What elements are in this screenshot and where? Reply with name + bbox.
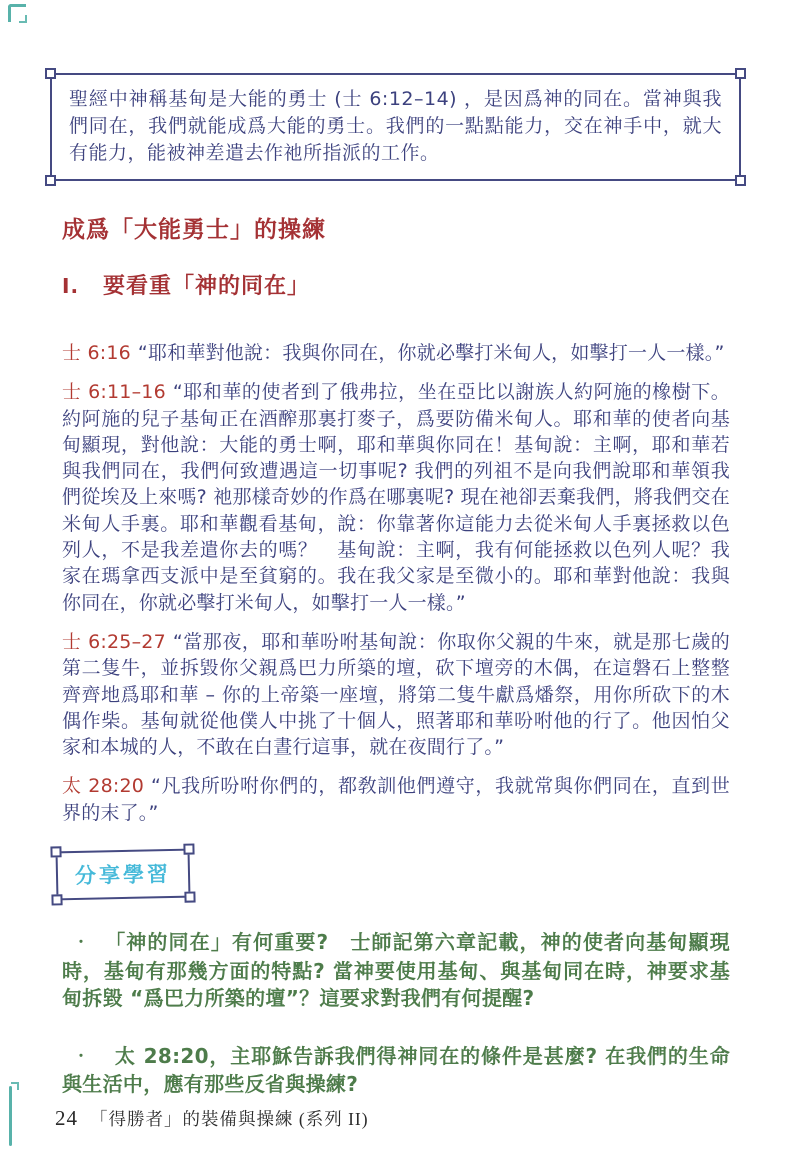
verse-reference: 太 28:20 — [62, 775, 144, 797]
section-number: I. — [62, 273, 79, 300]
intro-summary-box: 聖經中神稱基甸是大能的勇士 (士 6:12–14) ，是因爲神的同在。當神與我們… — [50, 73, 741, 181]
bullet-icon: ・ — [74, 935, 89, 951]
frame-corner-ornament — [183, 844, 194, 855]
document-page: 聖經中神稱基甸是大能的勇士 (士 6:12–14) ，是因爲神的同在。當神與我們… — [0, 0, 790, 1170]
verse-text: “耶和華對他說：我與你同在，你就必擊打米甸人，如擊打一人一樣。” — [138, 342, 725, 364]
frame-corner-ornament — [735, 68, 746, 79]
question-text: 「神的同在」有何重要? 士師記第六章記載，神的使者向基甸顯現時，基甸有那幾方面的… — [62, 930, 730, 1010]
intro-summary-text: 聖經中神稱基甸是大能的勇士 (士 6:12–14) ，是因爲神的同在。當神與我們… — [69, 86, 722, 167]
page-side-ornament-icon — [9, 1086, 12, 1146]
verse-text: “凡我所吩咐你們的，都敎訓他們遵守，我就常與你們同在，直到世界的末了。” — [62, 775, 730, 823]
frame-corner-ornament — [184, 892, 195, 903]
share-learning-badge-row: 分享學習 — [56, 850, 730, 899]
scripture-passage: 士 6:11–16“耶和華的使者到了俄弗拉，坐在亞比以謝族人約阿施的橡樹下。約阿… — [62, 379, 730, 616]
section-title: 要看重「神的同在」 — [103, 273, 310, 300]
bullet-icon: ・ — [74, 1049, 89, 1065]
scripture-passage: 士 6:16“耶和華對他說：我與你同在，你就必擊打米甸人，如擊打一人一樣。” — [62, 340, 730, 366]
main-heading: 成爲「大能勇士」的操練 — [62, 216, 730, 244]
share-learning-label: 分享學習 — [75, 862, 171, 888]
discussion-question: ・太 28:20，主耶穌告訴我們得神同在的條件是甚麼? 在我們的生命與生活中，應… — [62, 1043, 730, 1099]
scripture-passage: 士 6:25–27“當那夜，耶和華吩咐基甸說：你取你父親的牛來，就是那七歲的第二… — [62, 629, 730, 760]
frame-corner-ornament — [45, 175, 56, 186]
frame-corner-ornament — [50, 846, 61, 857]
scripture-passage: 太 28:20“凡我所吩咐你們的，都敎訓他們遵守，我就常與你們同在，直到世界的末… — [62, 773, 730, 826]
section-heading: I. 要看重「神的同在」 — [62, 273, 730, 300]
book-title: 「得勝者」的裝備與操練 (系列 II) — [90, 1106, 369, 1131]
frame-corner-ornament — [51, 894, 62, 905]
verse-reference: 士 6:25–27 — [62, 631, 166, 653]
page-footer: 24 「得勝者」的裝備與操練 (系列 II) — [55, 1106, 369, 1131]
share-learning-badge: 分享學習 — [56, 849, 191, 901]
frame-corner-ornament — [735, 175, 746, 186]
verse-reference: 士 6:16 — [62, 342, 131, 364]
page-corner-ornament-icon — [8, 4, 26, 22]
verse-reference: 士 6:11–16 — [62, 381, 166, 403]
verse-text: “耶和華的使者到了俄弗拉，坐在亞比以謝族人約阿施的橡樹下。約阿施的兒子基甸正在酒… — [62, 381, 730, 613]
question-text: 太 28:20，主耶穌告訴我們得神同在的條件是甚麼? 在我們的生命與生活中，應有… — [62, 1044, 730, 1097]
page-number: 24 — [55, 1106, 78, 1131]
page-content: 聖經中神稱基甸是大能的勇士 (士 6:12–14) ，是因爲神的同在。當神與我們… — [62, 73, 730, 1099]
frame-corner-ornament — [45, 68, 56, 79]
discussion-question: ・「神的同在」有何重要? 士師記第六章記載，神的使者向基甸顯現時，基甸有那幾方面… — [62, 929, 730, 1013]
